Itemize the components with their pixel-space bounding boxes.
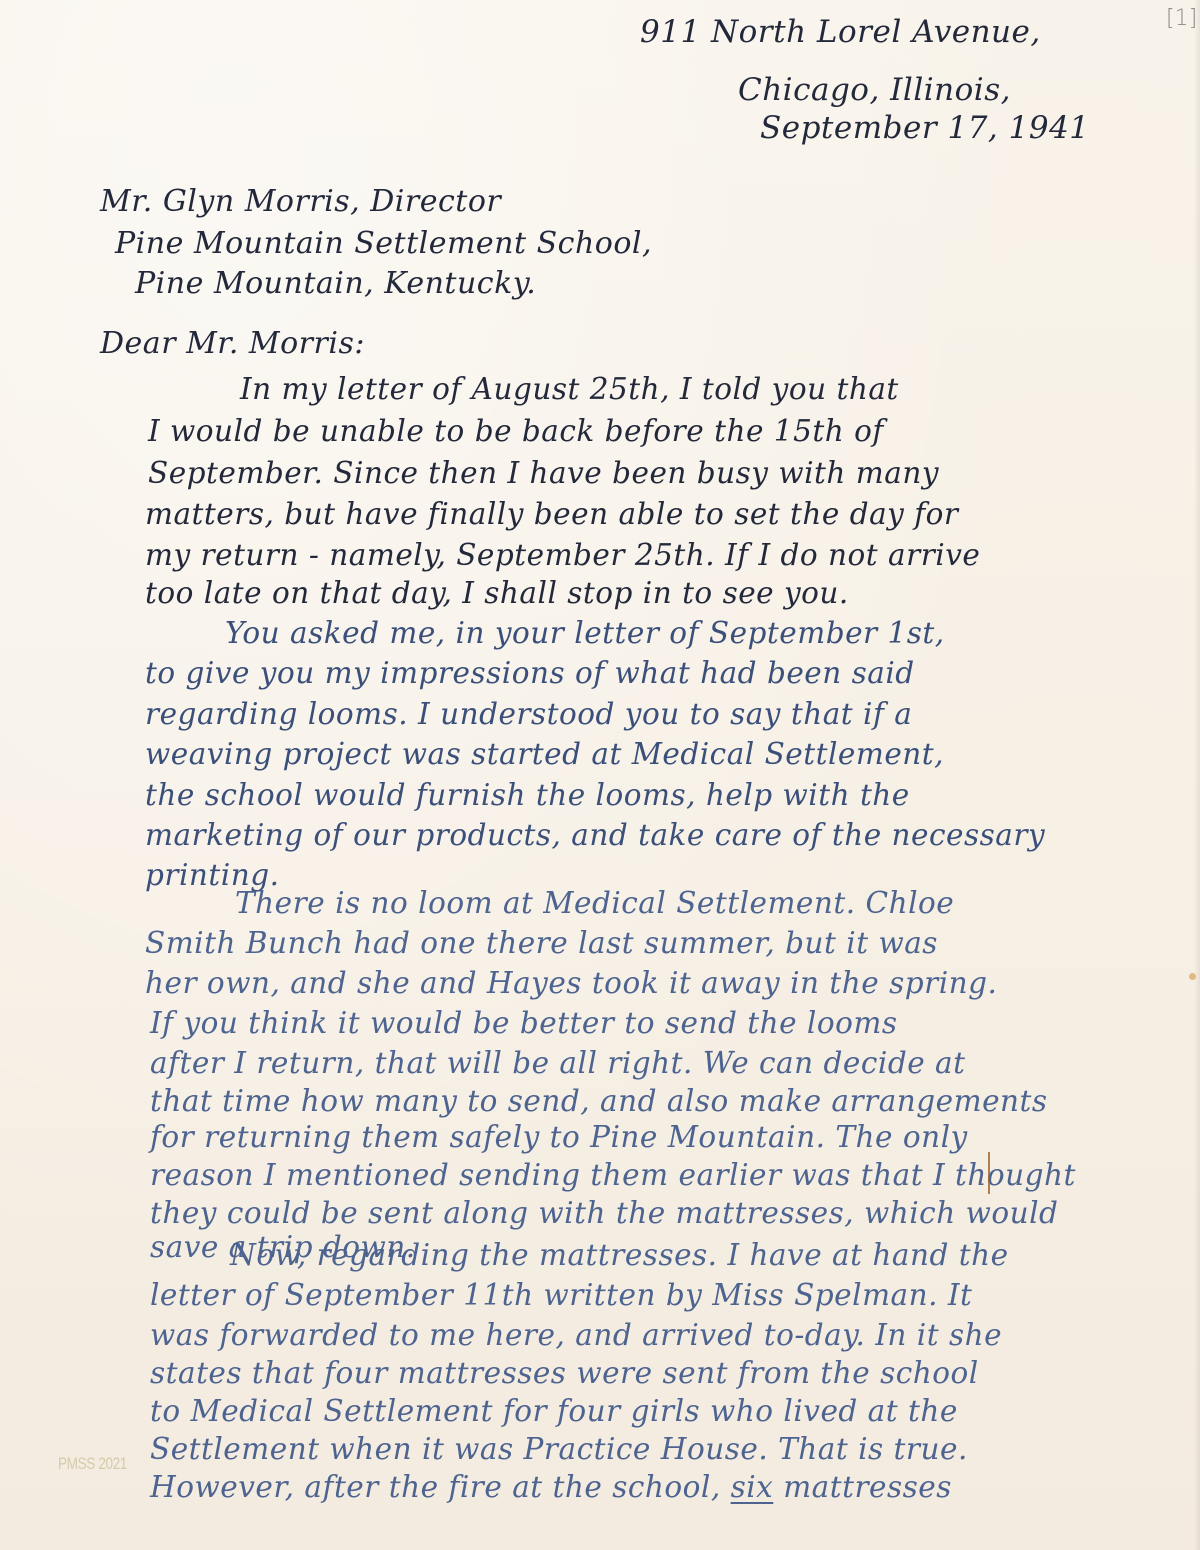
paragraph-line: to give you my impressions of what had b… (145, 656, 915, 690)
paragraph-line: marketing of our products, and take care… (145, 818, 1045, 852)
page-number-mark: [1] (1166, 6, 1197, 31)
paragraph-line: September. Since then I have been busy w… (148, 456, 939, 490)
paragraph-line-last: However, after the fire at the school, s… (150, 1470, 952, 1504)
letter-date: September 17, 1941 (760, 110, 1090, 146)
recipient-name: Mr. Glyn Morris, Director (100, 184, 501, 219)
paragraph-line: regarding looms. I understood you to say… (145, 697, 912, 731)
paragraph-line: after I return, that will be all right. … (150, 1046, 965, 1080)
paragraph-line: If you think it would be better to send … (150, 1006, 897, 1040)
paragraph-line: to Medical Settlement for four girls who… (150, 1394, 958, 1428)
recipient-location: Pine Mountain, Kentucky. (135, 266, 536, 301)
last-line-text-after: mattresses (773, 1470, 952, 1504)
sender-address-line-1: 911 North Lorel Avenue, (640, 14, 1041, 50)
paragraph-line: too late on that day, I shall stop in to… (145, 576, 849, 610)
paragraph-line: my return - namely, September 25th. If I… (145, 538, 980, 572)
archive-watermark: PMSS 2021 (58, 1454, 127, 1474)
letter-page: [1] 911 North Lorel Avenue, Chicago, Ill… (0, 0, 1200, 1550)
paragraph-line: reason I mentioned sending them earlier … (150, 1158, 1076, 1192)
paragraph-line: that time how many to send, and also mak… (150, 1084, 1048, 1118)
paragraph-line: for returning them safely to Pine Mounta… (150, 1120, 968, 1154)
recipient-organization: Pine Mountain Settlement School, (115, 226, 652, 261)
paragraph-line: There is no loom at Medical Settlement. … (235, 886, 954, 920)
paragraph-line: Now, regarding the mattresses. I have at… (230, 1238, 1009, 1272)
paragraph-line: Settlement when it was Practice House. T… (150, 1432, 968, 1466)
paragraph-line: letter of September 11th written by Miss… (150, 1278, 972, 1312)
paragraph-line: Smith Bunch had one there last summer, b… (145, 926, 938, 960)
paragraph-line: states that four mattresses were sent fr… (150, 1356, 979, 1390)
page-edge-shadow (1194, 0, 1200, 1550)
paragraph-line: was forwarded to me here, and arrived to… (150, 1318, 1002, 1352)
paper-stain (1189, 973, 1196, 980)
last-line-text-before: However, after the fire at the school, (150, 1470, 731, 1504)
salutation: Dear Mr. Morris: (100, 326, 365, 361)
paragraph-line: In my letter of August 25th, I told you … (240, 372, 899, 406)
ink-mark (988, 1152, 990, 1194)
paragraph-line: the school would furnish the looms, help… (145, 778, 910, 812)
paragraph-line: weaving project was started at Medical S… (145, 737, 944, 771)
paragraph-line: they could be sent along with the mattre… (150, 1196, 1058, 1230)
paragraph-line: her own, and she and Hayes took it away … (145, 966, 997, 1000)
paragraph-line: matters, but have finally been able to s… (145, 497, 959, 531)
paragraph-line: I would be unable to be back before the … (148, 414, 884, 448)
underlined-word: six (731, 1470, 774, 1504)
sender-address-line-2: Chicago, Illinois, (738, 72, 1011, 108)
paragraph-line: You asked me, in your letter of Septembe… (225, 616, 945, 650)
